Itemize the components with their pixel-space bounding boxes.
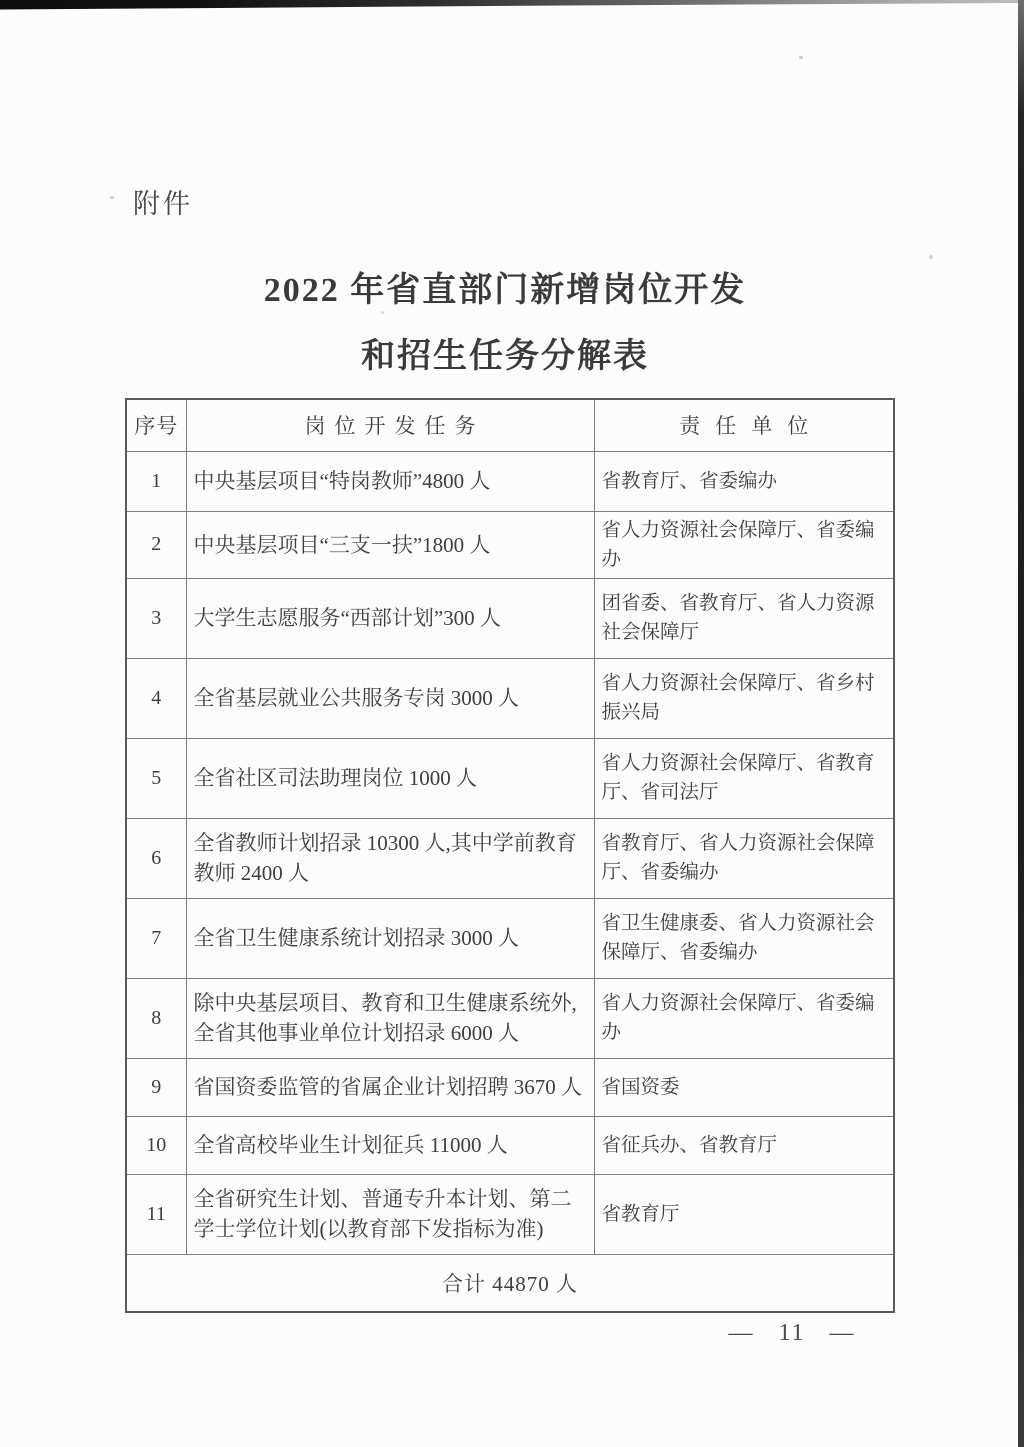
scan-speck [799, 56, 803, 59]
unit-cell: 省教育厅 [594, 1174, 894, 1254]
table-row: 11 全省研究生计划、普通专升本计划、第二学士学位计划(以教育部下发指标为准) … [126, 1174, 894, 1254]
unit-cell: 省国资委 [594, 1058, 894, 1116]
row-number: 1 [126, 451, 186, 511]
unit-cell: 省人力资源社会保障厅、省乡村振兴局 [594, 658, 894, 738]
table-row: 7 全省卫生健康系统计划招录 3000 人 省卫生健康委、省人力资源社会保障厅、… [126, 898, 894, 978]
table-footer: 合计 44870 人 [126, 1254, 894, 1312]
task-cell: 省国资委监管的省属企业计划招聘 3670 人 [186, 1058, 594, 1116]
table-body: 1 中央基层项目“特岗教师”4800 人 省教育厅、省委编办 2 中央基层项目“… [126, 451, 894, 1254]
unit-cell: 省征兵办、省教育厅 [594, 1116, 894, 1174]
unit-cell: 省人力资源社会保障厅、省委编办 [594, 978, 894, 1058]
task-cell: 除中央基层项目、教育和卫生健康系统外,全省其他事业单位计划招录 6000 人 [186, 978, 594, 1058]
unit-cell: 省教育厅、省委编办 [594, 451, 894, 511]
table-row: 4 全省基层就业公共服务专岗 3000 人 省人力资源社会保障厅、省乡村振兴局 [126, 658, 894, 738]
row-number: 7 [126, 898, 186, 978]
task-cell: 全省高校毕业生计划征兵 11000 人 [186, 1116, 594, 1174]
task-cell: 大学生志愿服务“西部计划”300 人 [186, 578, 594, 658]
task-cell: 中央基层项目“特岗教师”4800 人 [186, 451, 594, 511]
scan-speck [110, 196, 114, 199]
task-cell: 全省基层就业公共服务专岗 3000 人 [186, 658, 594, 738]
table-row: 1 中央基层项目“特岗教师”4800 人 省教育厅、省委编办 [126, 451, 894, 511]
unit-cell: 省人力资源社会保障厅、省教育厅、省司法厅 [594, 738, 894, 818]
scan-top-edge [0, 0, 1024, 10]
task-cell: 中央基层项目“三支一扶”1800 人 [186, 511, 594, 578]
page-number-wrap: — 11 — [0, 1320, 1024, 1347]
task-table: 序号 岗位开发任务 责任单位 1 中央基层项目“特岗教师”4800 人 省教育厅… [125, 398, 895, 1313]
doc-title-line1: 2022 年省直部门新增岗位开发 [0, 258, 1010, 324]
task-cell: 全省教师计划招录 10300 人,其中学前教育教师 2400 人 [186, 818, 594, 898]
unit-cell: 省教育厅、省人力资源社会保障厅、省委编办 [594, 818, 894, 898]
row-number: 11 [126, 1174, 186, 1254]
total-label: 合计 44870 人 [126, 1254, 894, 1312]
row-number: 5 [126, 738, 186, 818]
row-number: 3 [126, 578, 186, 658]
table-row: 10 全省高校毕业生计划征兵 11000 人 省征兵办、省教育厅 [126, 1116, 894, 1174]
unit-cell: 团省委、省教育厅、省人力资源社会保障厅 [594, 578, 894, 658]
doc-title-line2: 和招生任务分解表 [0, 324, 1010, 390]
table-header: 序号 岗位开发任务 责任单位 [126, 399, 894, 451]
column-header-no: 序号 [126, 399, 186, 451]
table-row: 9 省国资委监管的省属企业计划招聘 3670 人 省国资委 [126, 1058, 894, 1116]
table-row: 6 全省教师计划招录 10300 人,其中学前教育教师 2400 人 省教育厅、… [126, 818, 894, 898]
doc-title: 2022 年省直部门新增岗位开发 和招生任务分解表 [0, 258, 1010, 390]
task-cell: 全省卫生健康系统计划招录 3000 人 [186, 898, 594, 978]
task-cell: 全省研究生计划、普通专升本计划、第二学士学位计划(以教育部下发指标为准) [186, 1174, 594, 1254]
total-row: 合计 44870 人 [126, 1254, 894, 1312]
page-number: — 11 — [728, 1320, 855, 1347]
unit-cell: 省人力资源社会保障厅、省委编办 [594, 511, 894, 578]
table-row: 2 中央基层项目“三支一扶”1800 人 省人力资源社会保障厅、省委编办 [126, 511, 894, 578]
row-number: 10 [126, 1116, 186, 1174]
row-number: 8 [126, 978, 186, 1058]
table-row: 5 全省社区司法助理岗位 1000 人 省人力资源社会保障厅、省教育厅、省司法厅 [126, 738, 894, 818]
row-number: 9 [126, 1058, 186, 1116]
table-row: 8 除中央基层项目、教育和卫生健康系统外,全省其他事业单位计划招录 6000 人… [126, 978, 894, 1058]
scan-right-edge [1018, 0, 1024, 1447]
row-number: 4 [126, 658, 186, 738]
unit-cell: 省卫生健康委、省人力资源社会保障厅、省委编办 [594, 898, 894, 978]
table-row: 3 大学生志愿服务“西部计划”300 人 团省委、省教育厅、省人力资源社会保障厅 [126, 578, 894, 658]
attachment-label: 附件 [133, 182, 193, 221]
column-header-unit: 责任单位 [594, 399, 894, 451]
column-header-task: 岗位开发任务 [186, 399, 594, 451]
task-cell: 全省社区司法助理岗位 1000 人 [186, 738, 594, 818]
row-number: 6 [126, 818, 186, 898]
row-number: 2 [126, 511, 186, 578]
